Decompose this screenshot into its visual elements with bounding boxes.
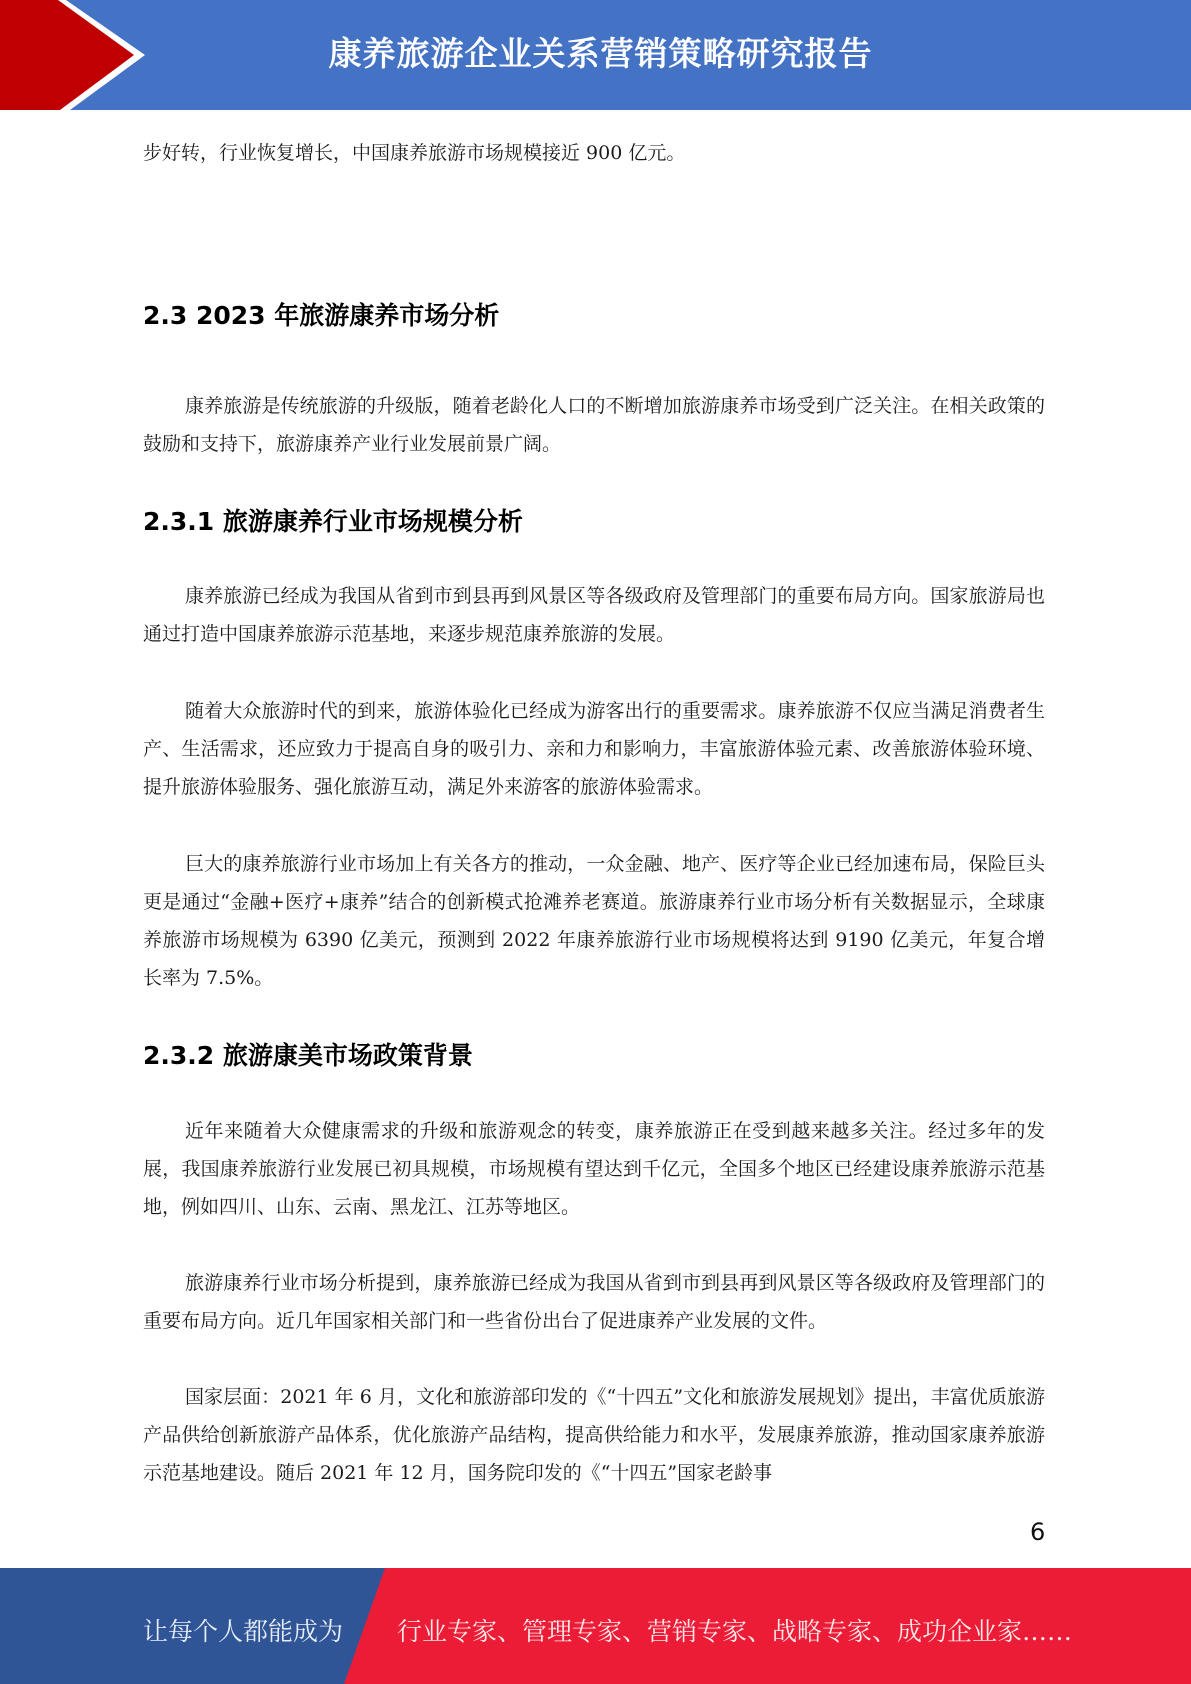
- section-2-3-2-paragraph-2: 旅游康养行业市场分析提到，康养旅游已经成为我国从省到市到县再到风景区等各级政府及…: [143, 1264, 1045, 1340]
- page-footer: 让每个人都能成为 行业专家、管理专家、营销专家、战略专家、成功企业家……: [0, 1568, 1191, 1684]
- section-2-3-paragraph: 康养旅游是传统旅游的升级版，随着老龄化人口的不断增加旅游康养市场受到广泛关注。在…: [143, 387, 1045, 463]
- section-heading-2-3-1: 2.3.1 旅游康养行业市场规模分析: [143, 502, 523, 538]
- footer-slogan-left: 让每个人都能成为: [143, 1612, 343, 1648]
- intro-paragraph-tail: 步好转，行业恢复增长，中国康养旅游市场规模接近 900 亿元。: [143, 134, 1045, 172]
- section-2-3-1-paragraph-1: 康养旅游已经成为我国从省到市到县再到风景区等各级政府及管理部门的重要布局方向。国…: [143, 577, 1045, 653]
- section-2-3-2-paragraph-1: 近年来随着大众健康需求的升级和旅游观念的转变，康养旅游正在受到越来越多关注。经过…: [143, 1112, 1045, 1226]
- report-title: 康养旅游企业关系营销策略研究报告: [0, 28, 1191, 75]
- page-number: 6: [1030, 1518, 1045, 1546]
- page-header: 康养旅游企业关系营销策略研究报告: [0, 0, 1191, 110]
- section-heading-2-3: 2.3 2023 年旅游康养市场分析: [143, 296, 499, 332]
- section-heading-2-3-2: 2.3.2 旅游康美市场政策背景: [143, 1036, 473, 1072]
- section-2-3-1-paragraph-3: 巨大的康养旅游行业市场加上有关各方的推动，一众金融、地产、医疗等企业已经加速布局…: [143, 845, 1045, 997]
- section-2-3-2-paragraph-3: 国家层面：2021 年 6 月，文化和旅游部印发的《“十四五”文化和旅游发展规划…: [143, 1378, 1045, 1492]
- footer-slogan-right: 行业专家、管理专家、营销专家、战略专家、成功企业家……: [397, 1612, 1072, 1648]
- section-2-3-1-paragraph-2: 随着大众旅游时代的到来，旅游体验化已经成为游客出行的重要需求。康养旅游不仅应当满…: [143, 692, 1045, 806]
